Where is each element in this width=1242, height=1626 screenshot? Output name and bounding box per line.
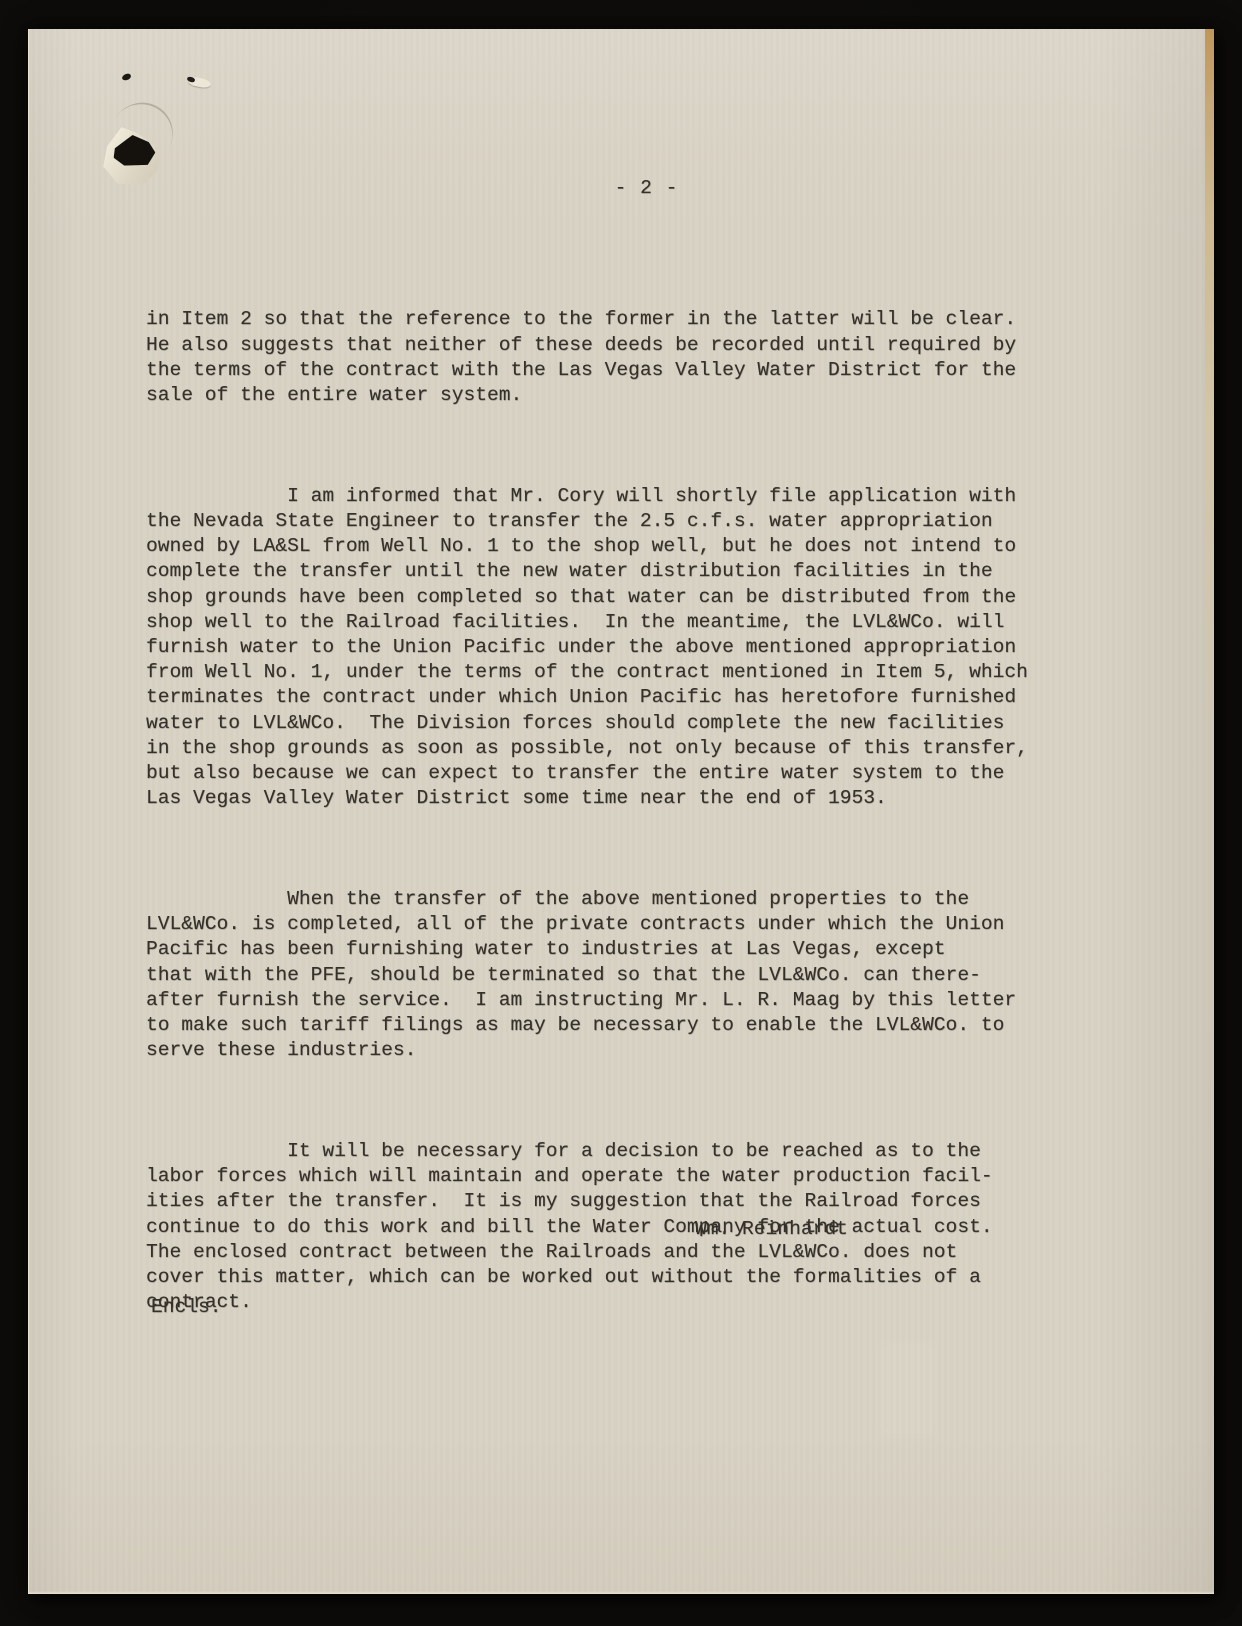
paper-edge-right <box>1205 29 1214 1594</box>
staple-mark-left <box>121 73 131 81</box>
signature: Wm. Reinhardt <box>695 1217 848 1242</box>
paragraph-continuation: in Item 2 so that the reference to the f… <box>146 307 1106 408</box>
paper-edge-bottom <box>29 1591 1214 1594</box>
paragraph-private-contracts: When the transfer of the above mentioned… <box>146 887 1106 1063</box>
page-number: - 2 - <box>29 176 1214 201</box>
letter-body: in Item 2 so that the reference to the f… <box>146 257 1106 1391</box>
paragraph-water-appropriation: I am informed that Mr. Cory will shortly… <box>146 484 1106 812</box>
paragraph-labor-forces: It will be necessary for a decision to b… <box>146 1139 1106 1315</box>
enclosure-note: Encls. <box>151 1295 222 1320</box>
paper-page: - 2 - in Item 2 so that the reference to… <box>28 29 1214 1594</box>
